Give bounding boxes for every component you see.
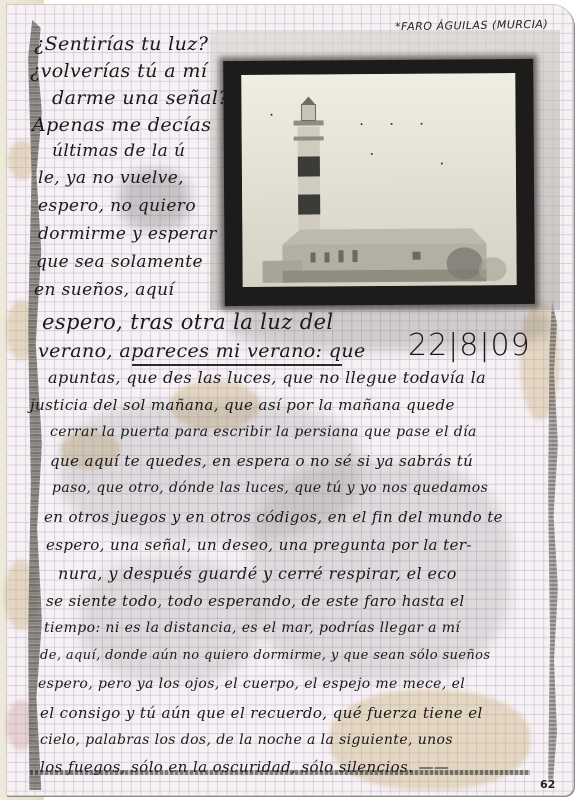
handwritten-line: espero, una señal, un deseo, una pregunt… <box>46 536 472 554</box>
handwritten-line: se siente todo, todo esperando, de este … <box>46 592 465 610</box>
handwritten-line: espero, tras otra la luz del <box>42 310 334 334</box>
page-number: 62 <box>540 778 555 791</box>
photo-charcoal-frame <box>223 59 535 306</box>
entry-date: 22|8|09 <box>408 328 531 363</box>
handwritten-line: Apenas me decías <box>32 114 211 136</box>
handwritten-line: dormirme y esperar <box>38 224 217 244</box>
handwritten-line: le, ya no vuelve, <box>38 168 184 188</box>
lighthouse-photo <box>241 73 516 287</box>
handwritten-line: en otros juegos y en otros códigos, en e… <box>44 508 503 526</box>
handwritten-line: paso, que otro, dónde las luces, que tú … <box>52 480 488 496</box>
handwritten-line: los fuegos, sólo en la oscuridad, sólo s… <box>40 758 449 776</box>
handwritten-line: tiempo: ni es la distancia, es el mar, p… <box>44 620 460 636</box>
handwritten-line: justicia del sol mañana, que así por la … <box>30 396 455 414</box>
handwritten-line: cerrar la puerta para escribir la persia… <box>50 424 477 440</box>
handwritten-line: últimas de la ú <box>52 141 185 161</box>
handwritten-line: el consigo y tú aún que el recuerdo, qué… <box>40 704 483 722</box>
handwritten-line: cielo, palabras los dos, de la noche a l… <box>40 732 453 748</box>
handwritten-line: espero, pero ya los ojos, el cuerpo, el … <box>38 676 465 692</box>
handwritten-line: que aquí te quedes, en espera o no sé si… <box>50 452 473 470</box>
handwritten-line: espero, no quiero <box>38 196 196 216</box>
handwritten-line: apuntas, que des las luces, que no llegu… <box>48 368 486 387</box>
handwritten-line: en sueños, aquí <box>34 280 174 300</box>
taped-photo <box>210 30 560 310</box>
handwritten-line: verano, apareces mi verano: que <box>38 340 366 362</box>
handwritten-line: ¿Sentirías tu luz? <box>34 33 208 55</box>
lighthouse-illustration <box>241 73 516 287</box>
handwritten-line: nura, y después guardé y cerré respirar,… <box>58 564 457 583</box>
underline-stroke <box>132 364 342 366</box>
handwritten-line: de, aquí, donde aún no quiero dormirme, … <box>40 648 490 663</box>
handwritten-line: darme una señal? <box>52 87 229 109</box>
handwritten-line: ¿volverías tú a mí <box>30 60 207 82</box>
handwritten-line: que sea solamente <box>36 252 203 272</box>
